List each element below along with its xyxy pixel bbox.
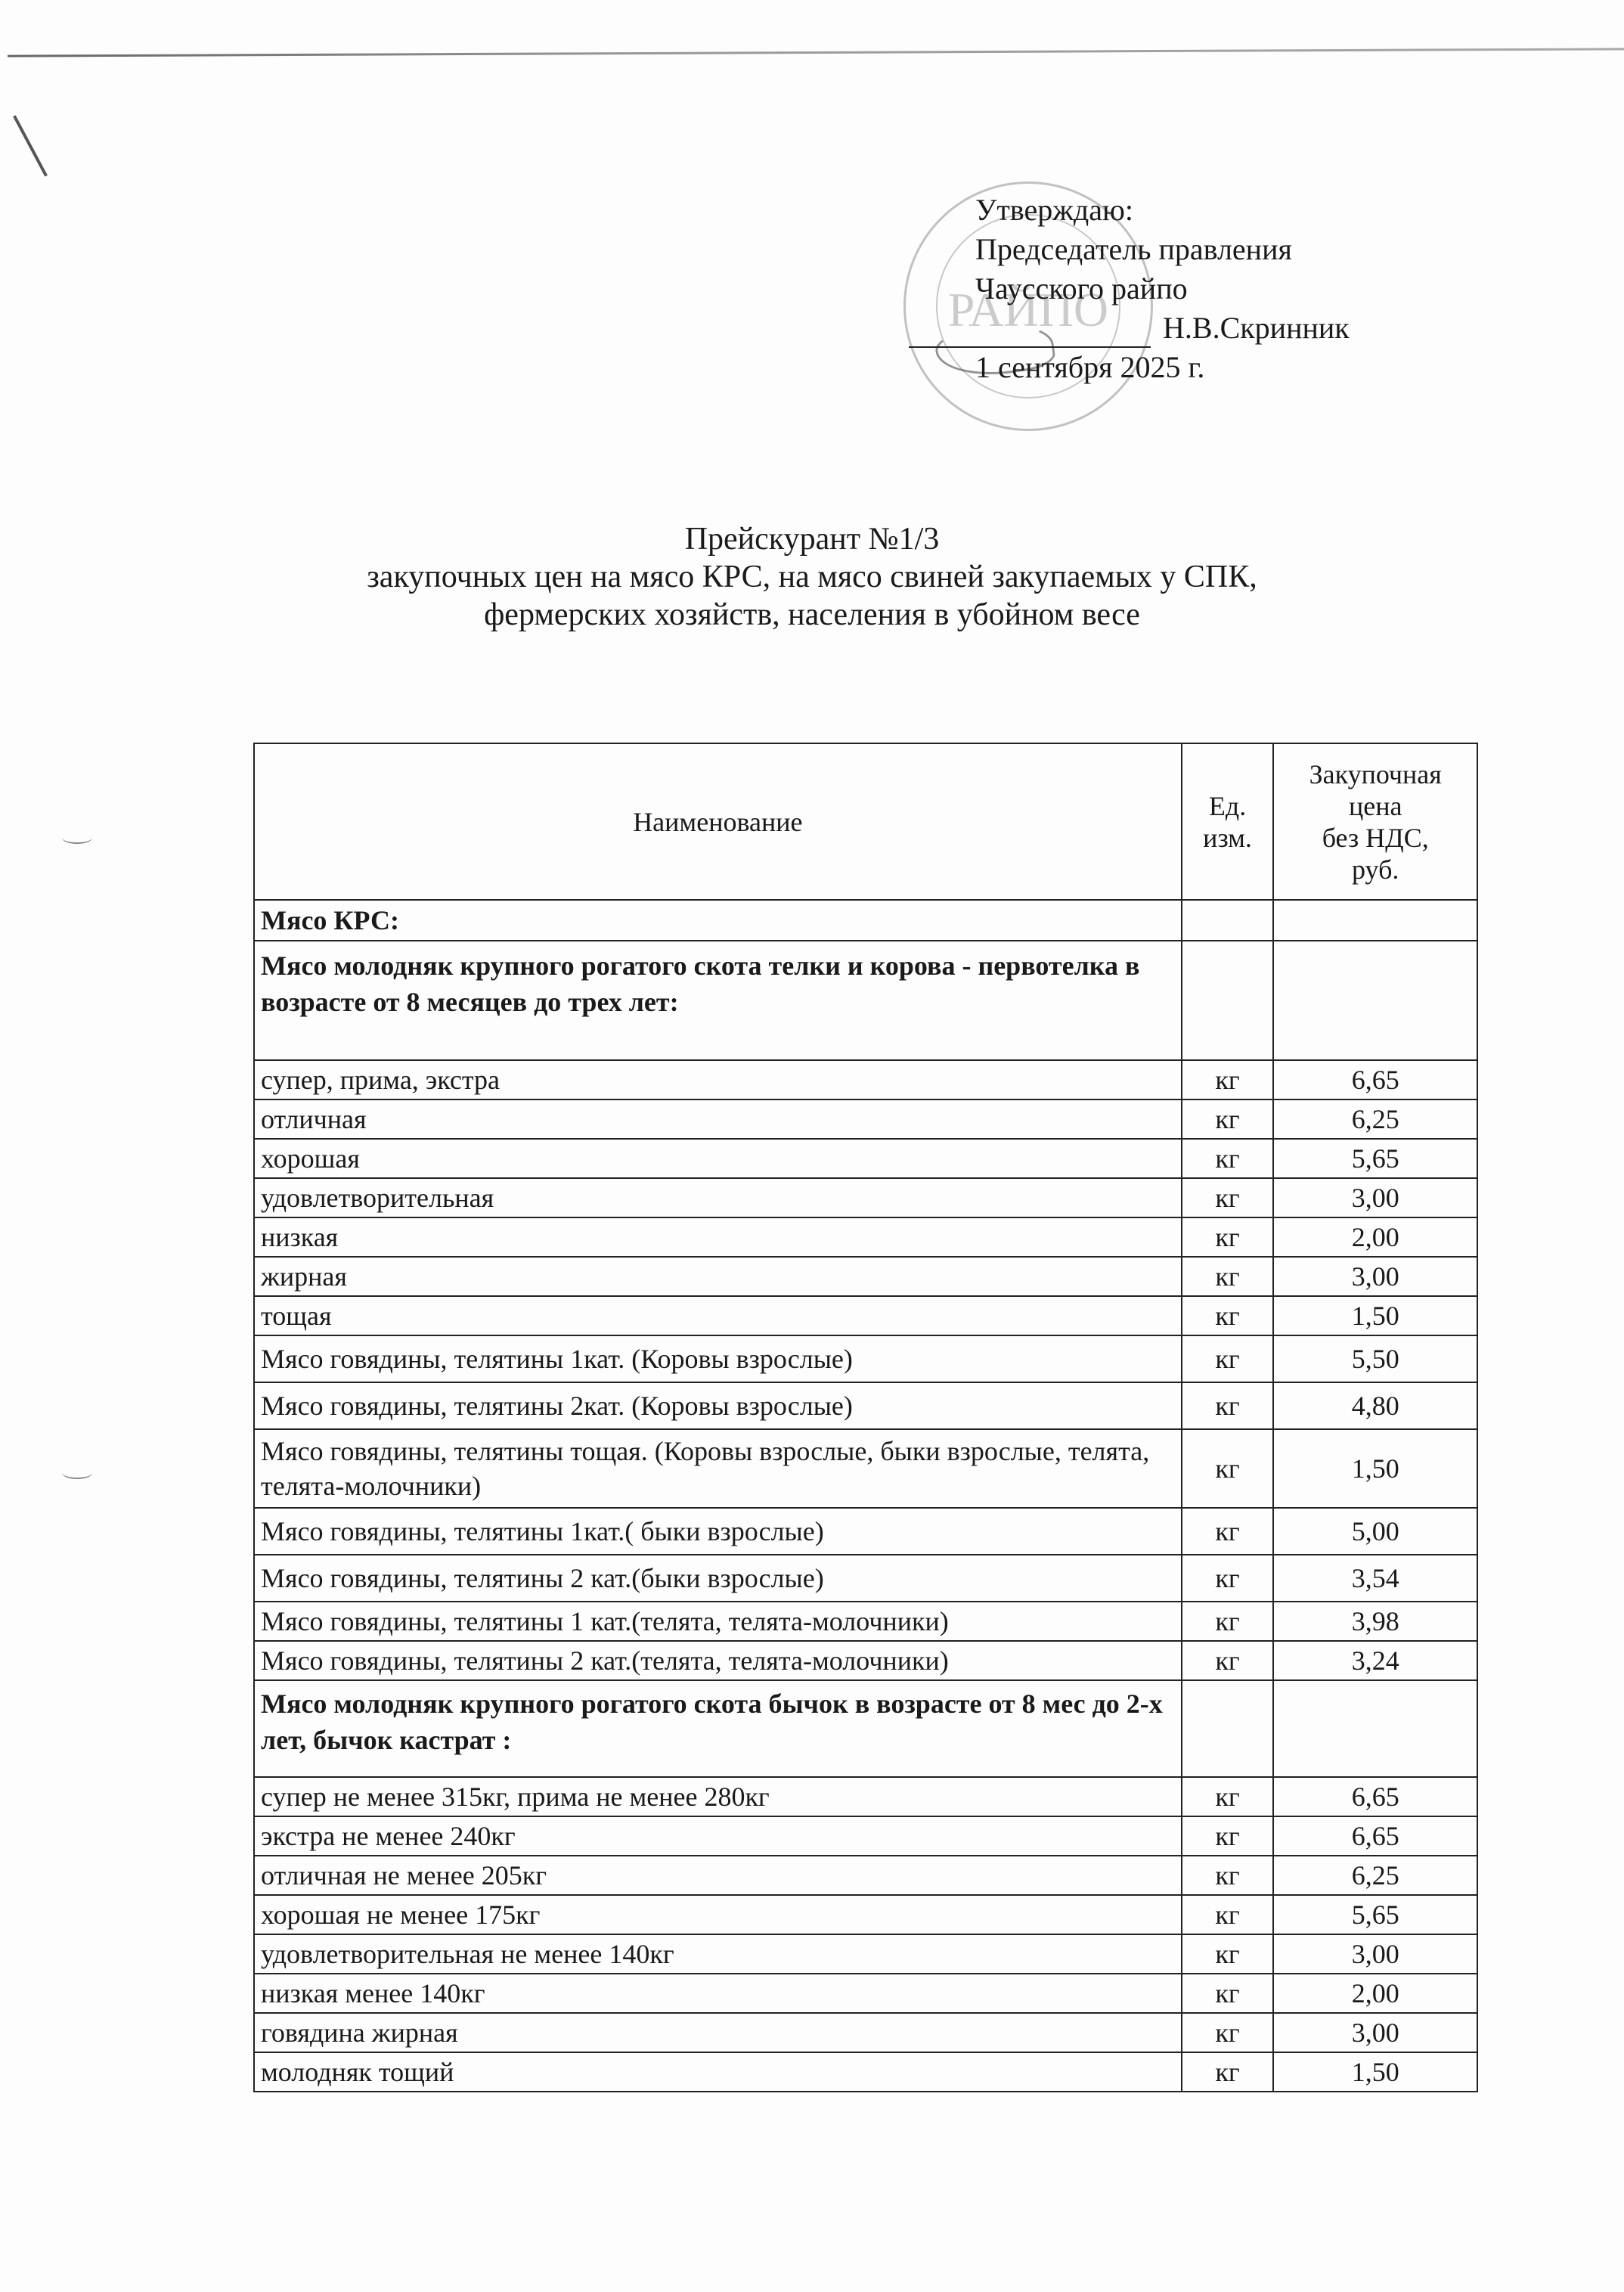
table-row: удовлетворительная не менее 140кгкг3,00 [254,1934,1477,1974]
table-section-row: Мясо молодняк крупного рогатого скота бы… [254,1680,1477,1777]
cell-price: 5,65 [1273,1895,1477,1934]
cell-unit: кг [1182,1382,1274,1429]
cell-name: удовлетворительная [254,1178,1182,1217]
table-row: Мясо говядины, телятины 1 кат.(телята, т… [254,1602,1477,1641]
cell-unit: кг [1182,2052,1274,2092]
cell-name: супер, прима, экстра [254,1060,1182,1099]
cell-price: 3,00 [1273,2013,1477,2052]
signature-line [909,313,1151,348]
price-list-subtitle-2: фермерских хозяйств, населения в убойном… [0,596,1624,634]
table-row: говядина жирнаякг3,00 [254,2013,1477,2052]
cell-unit: кг [1182,1816,1274,1856]
table-row: Мясо говядины, телятины 1кат. (Коровы вз… [254,1335,1477,1382]
table-row: тощаякг1,50 [254,1296,1477,1335]
cell-name: Мясо говядины, телятины 1кат.( быки взро… [254,1508,1182,1555]
cell-price [1273,1680,1477,1777]
table-row: Мясо говядины, телятины 1кат.( быки взро… [254,1508,1477,1555]
table-row: Мясо говядины, телятины 2 кат.(быки взро… [254,1555,1477,1602]
cell-name: хорошая не менее 175кг [254,1895,1182,1934]
cell-price: 6,65 [1273,1816,1477,1856]
table-header-row: Наименование Ед. изм. Закупочная цена бе… [254,743,1477,900]
table-row: Мясо говядины, телятины тощая. (Коровы в… [254,1429,1477,1508]
cell-name: говядина жирная [254,2013,1182,2052]
cell-name: тощая [254,1296,1182,1335]
cell-unit: кг [1182,1602,1274,1641]
hole-punch-mark [62,832,92,844]
price-table: Наименование Ед. изм. Закупочная цена бе… [253,743,1478,2092]
cell-price: 3,54 [1273,1555,1477,1602]
cell-price: 3,24 [1273,1641,1477,1680]
cell-unit: кг [1182,1296,1274,1335]
cell-name: Мясо говядины, телятины 2 кат.(телята, т… [254,1641,1182,1680]
cell-unit: кг [1182,1641,1274,1680]
table-row: жирнаякг3,00 [254,1257,1477,1296]
cell-name: молодняк тощий [254,2052,1182,2092]
header-price-line: без НДС, [1280,822,1471,854]
cell-unit: кг [1182,1555,1274,1602]
cell-name: Мясо молодняк крупного рогатого скота бы… [254,1680,1182,1777]
cell-name: отличная [254,1099,1182,1139]
cell-unit: кг [1182,1060,1274,1099]
cell-price: 3,00 [1273,1934,1477,1974]
cell-unit: кг [1182,2013,1274,2052]
cell-name: низкая [254,1217,1182,1257]
cell-name: супер не менее 315кг, прима не менее 280… [254,1777,1182,1816]
cell-name: отличная не менее 205кг [254,1856,1182,1895]
cell-unit: кг [1182,1217,1274,1257]
cell-unit: кг [1182,1429,1274,1508]
header-price-line: руб. [1280,854,1471,885]
header-name: Наименование [254,743,1182,900]
cell-price: 5,00 [1273,1508,1477,1555]
cell-price: 1,50 [1273,1429,1477,1508]
cell-unit: кг [1182,1178,1274,1217]
table-row: отличнаякг6,25 [254,1099,1477,1139]
approval-label: Утверждаю: [975,191,1350,230]
header-unit-line: изм. [1189,822,1267,854]
cell-name: Мясо молодняк крупного рогатого скота те… [254,941,1182,1060]
table-row: экстра не менее 240кгкг6,65 [254,1816,1477,1856]
cell-price: 5,65 [1273,1139,1477,1178]
cell-name: удовлетворительная не менее 140кг [254,1934,1182,1974]
cell-unit: кг [1182,1895,1274,1934]
hole-punch-mark [62,1467,92,1479]
table-row: хорошая не менее 175кгкг5,65 [254,1895,1477,1934]
cell-name: Мясо говядины, телятины тощая. (Коровы в… [254,1429,1182,1508]
cell-name: хорошая [254,1139,1182,1178]
header-unit-line: Ед. [1189,790,1267,822]
price-table-body: Мясо КРС:Мясо молодняк крупного рогатого… [254,900,1477,2092]
approval-position: Председатель правления [975,230,1350,269]
approval-organization: Чаусского райпо [975,269,1350,309]
table-section-row: Мясо КРС: [254,900,1477,941]
header-price-line: цена [1280,790,1471,822]
cell-price: 5,50 [1273,1335,1477,1382]
table-row: хорошаякг5,65 [254,1139,1477,1178]
cell-unit: кг [1182,1974,1274,2013]
cell-price [1273,941,1477,1060]
scan-edge-line [8,48,1624,57]
cell-price: 2,00 [1273,1217,1477,1257]
cell-price: 6,65 [1273,1060,1477,1099]
header-price: Закупочная цена без НДС, руб. [1273,743,1477,900]
table-row: низкаякг2,00 [254,1217,1477,1257]
document-title: Прейскурант №1/3 закупочных цен на мясо … [0,520,1624,634]
table-row: молодняк тощийкг1,50 [254,2052,1477,2092]
cell-unit [1182,941,1274,1060]
cell-name: жирная [254,1257,1182,1296]
cell-unit: кг [1182,1257,1274,1296]
cell-price: 3,00 [1273,1257,1477,1296]
table-row: супер, прима, экстракг6,65 [254,1060,1477,1099]
header-unit: Ед. изм. [1182,743,1274,900]
cell-unit: кг [1182,1934,1274,1974]
signature-row: Н.В.Скринник [909,309,1350,348]
cell-unit: кг [1182,1335,1274,1382]
signatory-name: Н.В.Скринник [1163,309,1350,348]
cell-unit: кг [1182,1777,1274,1816]
cell-price: 3,00 [1273,1178,1477,1217]
cell-unit [1182,1680,1274,1777]
cell-unit [1182,900,1274,941]
cell-price: 4,80 [1273,1382,1477,1429]
cell-price: 6,25 [1273,1856,1477,1895]
header-price-line: Закупочная [1280,758,1471,790]
table-row: Мясо говядины, телятины 2 кат.(телята, т… [254,1641,1477,1680]
scan-scratch-mark [13,115,48,176]
cell-name: низкая менее 140кг [254,1974,1182,2013]
cell-price: 6,65 [1273,1777,1477,1816]
cell-unit: кг [1182,1099,1274,1139]
cell-price: 1,50 [1273,2052,1477,2092]
cell-name: экстра не менее 240кг [254,1816,1182,1856]
table-row: удовлетворительнаякг3,00 [254,1178,1477,1217]
cell-name: Мясо говядины, телятины 1кат. (Коровы вз… [254,1335,1182,1382]
table-row: низкая менее 140кгкг2,00 [254,1974,1477,2013]
table-section-row: Мясо молодняк крупного рогатого скота те… [254,941,1477,1060]
cell-price: 6,25 [1273,1099,1477,1139]
approval-date: 1 сентября 2025 г. [975,348,1350,387]
cell-name: Мясо говядины, телятины 2кат. (Коровы вз… [254,1382,1182,1429]
price-list-heading: Прейскурант №1/3 [0,520,1624,558]
table-row: отличная не менее 205кгкг6,25 [254,1856,1477,1895]
cell-unit: кг [1182,1508,1274,1555]
cell-price: 3,98 [1273,1602,1477,1641]
approval-block: Утверждаю: Председатель правления Чаусск… [975,191,1350,387]
cell-name: Мясо говядины, телятины 1 кат.(телята, т… [254,1602,1182,1641]
cell-price: 2,00 [1273,1974,1477,2013]
cell-unit: кг [1182,1139,1274,1178]
table-row: супер не менее 315кг, прима не менее 280… [254,1777,1477,1816]
cell-price: 1,50 [1273,1296,1477,1335]
cell-unit: кг [1182,1856,1274,1895]
price-list-subtitle-1: закупочных цен на мясо КРС, на мясо свин… [0,558,1624,596]
cell-name: Мясо говядины, телятины 2 кат.(быки взро… [254,1555,1182,1602]
cell-name: Мясо КРС: [254,900,1182,941]
table-row: Мясо говядины, телятины 2кат. (Коровы вз… [254,1382,1477,1429]
cell-price [1273,900,1477,941]
